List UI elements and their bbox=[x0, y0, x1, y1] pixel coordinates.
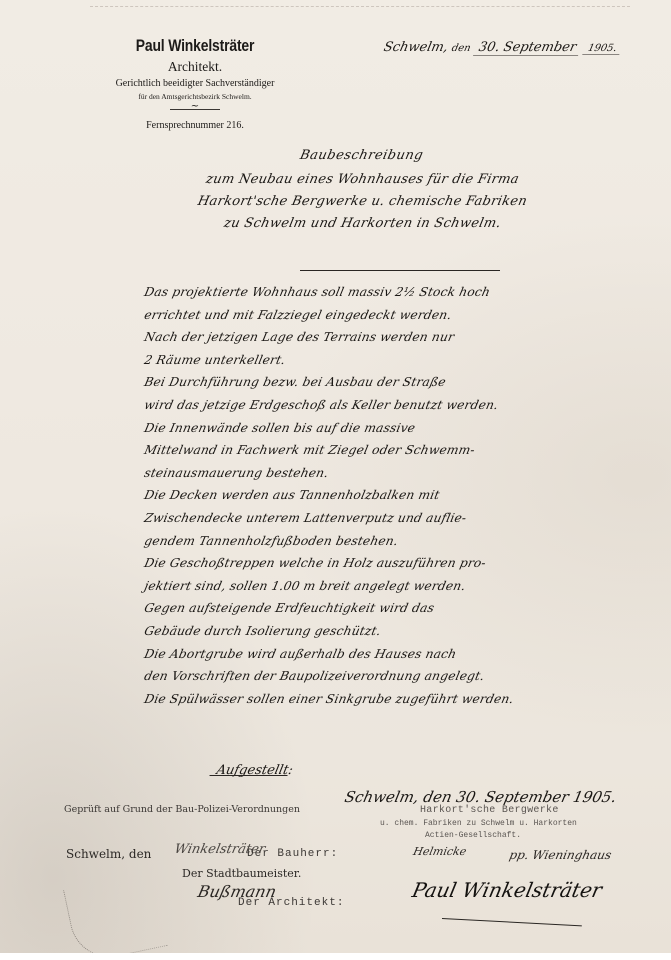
company-signature: Helmicke bbox=[412, 845, 468, 858]
body-line: gendem Tannenholzfußboden bestehen. bbox=[142, 530, 667, 553]
body-line: Die Decken werden aus Tannenholzbalken m… bbox=[142, 484, 667, 507]
dateline: Schwelm, den 30. September 1905. bbox=[382, 40, 655, 56]
body-line: Zwischendecke unterem Lattenverputz und … bbox=[142, 507, 667, 530]
body-line: Das projektierte Wohnhaus soll massiv 2½… bbox=[142, 281, 667, 304]
letterhead-district: für den Amtsgerichtsbezirk Schwelm. bbox=[70, 92, 320, 101]
approval-place-label: Schwelm, den bbox=[66, 847, 151, 861]
body-line: Gegen aufsteigende Erdfeuchtigkeit wird … bbox=[142, 597, 667, 620]
heading-line: zum Neubau eines Wohnhauses für die Firm… bbox=[140, 169, 585, 191]
letterhead-name: Paul Winkelsträter bbox=[93, 36, 298, 56]
body-line: Gebäude durch Isolierung geschützt. bbox=[142, 620, 667, 643]
body-line: Die Innenwände sollen bis auf die massiv… bbox=[142, 417, 667, 440]
aufgestellt-label: Aufgestellt: bbox=[215, 763, 294, 778]
top-edge-rule bbox=[90, 6, 630, 7]
letterhead-subtitle: Gerichtlich beeidigter Sachverständiger bbox=[70, 78, 320, 89]
body-text: Das projektierte Wohnhaus soll massiv 2½… bbox=[142, 281, 662, 710]
body-line: Mittelwand in Fachwerk mit Ziegel oder S… bbox=[142, 439, 667, 462]
letterhead-phone: Fernsprechnummer 216. bbox=[70, 120, 320, 131]
bauherr-label: Der Bauherr: bbox=[247, 848, 338, 860]
stadtbaumeister-label: Der Stadtbaumeister. bbox=[182, 867, 301, 880]
dateline-place: Schwelm, bbox=[382, 40, 449, 55]
company-signature: pp. Wieninghaus bbox=[508, 848, 613, 862]
dateline-date: 30. September bbox=[473, 40, 582, 56]
heading-line: zu Schwelm und Harkorten in Schwelm. bbox=[140, 213, 585, 235]
body-line: wird das jetzige Erdgeschoß als Keller b… bbox=[142, 394, 667, 417]
company-stamp-line: Actien-Gesellschaft. bbox=[380, 831, 650, 840]
letterhead-title: Architekt. bbox=[70, 59, 320, 75]
approval-note: Geprüft auf Grund der Bau-Polizei-Verord… bbox=[64, 804, 300, 815]
architekt-label: Der Architekt: bbox=[238, 897, 344, 909]
architect-signature: Paul Winkelsträter bbox=[410, 878, 604, 902]
body-line: Nach der jetzigen Lage des Terrains werd… bbox=[142, 326, 667, 349]
body-line: Bei Durchführung bezw. bei Ausbau der St… bbox=[142, 371, 667, 394]
dateline-year: 1905. bbox=[583, 43, 622, 55]
dateline-den: den bbox=[451, 43, 472, 54]
paper-stain bbox=[63, 871, 168, 953]
heading-title: Baubeschreibung bbox=[140, 148, 583, 163]
body-line: den Vorschriften der Baupolizeiverordnun… bbox=[142, 665, 667, 688]
document-page: Paul Winkelsträter Architekt. Gerichtlic… bbox=[0, 0, 671, 953]
company-stamp-line: Harkort'sche Bergwerke bbox=[380, 805, 650, 816]
letterhead-divider bbox=[170, 109, 220, 110]
company-stamp-line: u. chem. Fabriken zu Schwelm u. Harkorte… bbox=[380, 819, 650, 828]
body-line: errichtet und mit Falzziegel eingedeckt … bbox=[142, 304, 667, 327]
company-stamp: Harkort'sche Bergwerke u. chem. Fabriken… bbox=[380, 805, 650, 840]
heading-underline bbox=[300, 270, 500, 271]
signature-place-date: Schwelm, den 30. September 1905. bbox=[343, 788, 618, 806]
architect-signature-flourish bbox=[442, 918, 582, 926]
body-line: jektiert sind, sollen 1.00 m breit angel… bbox=[142, 575, 667, 598]
body-line: Die Geschoßtreppen welche in Holz auszuf… bbox=[142, 552, 667, 575]
document-heading: Baubeschreibung zum Neubau eines Wohnhau… bbox=[140, 148, 580, 235]
body-line: Die Spülwässer sollen einer Sinkgrube zu… bbox=[142, 688, 667, 711]
body-line: steinausmauerung bestehen. bbox=[142, 462, 667, 485]
letterhead: Paul Winkelsträter Architekt. Gerichtlic… bbox=[70, 36, 320, 131]
body-line: 2 Räume unterkellert. bbox=[142, 349, 667, 372]
body-line: Die Abortgrube wird außerhalb des Hauses… bbox=[142, 643, 667, 666]
heading-line: Harkort'sche Bergwerke u. chemische Fabr… bbox=[140, 191, 585, 213]
